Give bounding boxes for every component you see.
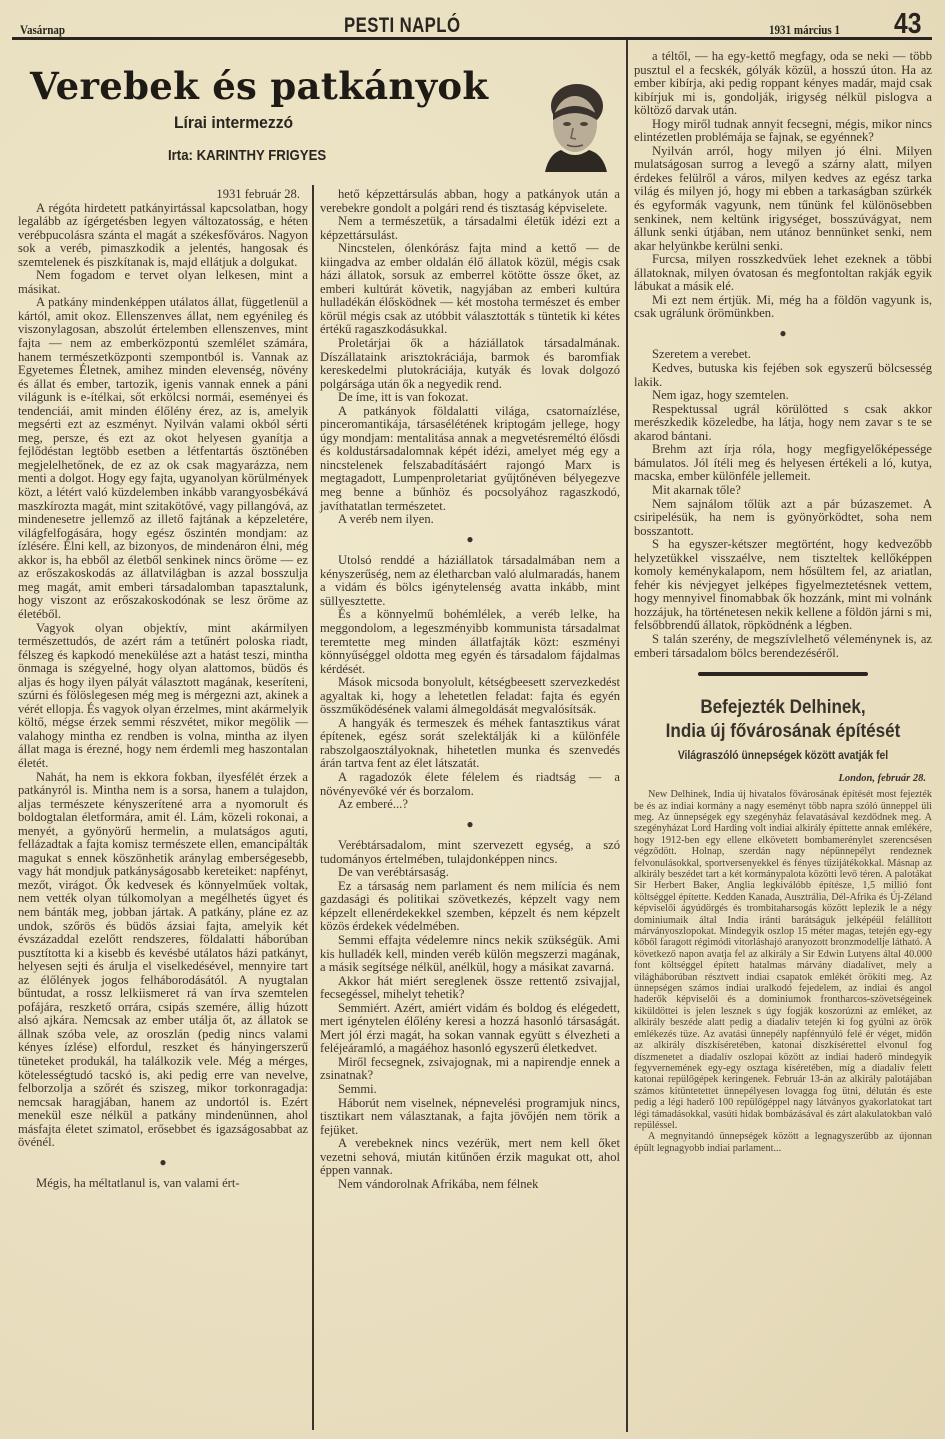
article2-body: New Delhinek, India új hivatalos főváros… (634, 789, 932, 1154)
masthead-title: PESTI NAPLÓ (344, 14, 460, 38)
column-rule-2 (626, 40, 628, 1432)
column-1-paragraphs: A régóta hirdetett patkányirtással kapcs… (18, 202, 308, 1150)
paragraph: Kedves, butuska kis fejében sok egyszerű… (634, 362, 932, 389)
paragraph: a téltől, — ha egy-kettő megfagy, oda se… (634, 50, 932, 118)
article-subtitle: Lírai intermezzó (174, 113, 293, 133)
article2-headline-line1: Befejezték Delhinek, (649, 696, 917, 720)
paragraph: Mások micsoda bonyolult, kétségbeesett s… (320, 676, 620, 717)
article-end-rule (698, 672, 868, 676)
column-2-paragraphs: hető képzettársulás abban, hogy a patkán… (320, 188, 620, 527)
paragraph: A régóta hirdetett patkányirtással kapcs… (18, 202, 308, 270)
column-2-paragraphs-c: Veréb­társadalom, mint szervezett egység… (320, 839, 620, 1191)
article-column-3: a téltől, — ha egy-kettő megfagy, oda se… (634, 50, 932, 1154)
masthead-day: Vasárnap (20, 22, 65, 38)
paragraph: Ez a társaság nem parlament és nem milíc… (320, 880, 620, 934)
paragraph: Nincstelen, ólenkórász fajta mind a kett… (320, 242, 620, 337)
article2: Befejezték Delhinek, India új fővárosána… (634, 696, 932, 1154)
paragraph: Miről fecsegnek, zsivajognak, mi a napir… (320, 1056, 620, 1083)
paragraph: Mi ezt nem értjük. Mi, még ha a földön v… (634, 294, 932, 321)
paragraph: Veréb­társadalom, mint szervezett egység… (320, 839, 620, 866)
paragraph: A hangyák és termeszek és méhek fantaszt… (320, 717, 620, 771)
paragraph: Vagyok olyan objektív, mint akármilyen t… (18, 622, 308, 771)
paragraph: Furcsa, milyen rosszkedvűek lehet ezekne… (634, 253, 932, 294)
paragraph: Nem igaz, hogy szemtelen. (634, 389, 932, 403)
paragraph: Semmiért. Azért, amiért vidám és boldog … (320, 1002, 620, 1056)
article2-dateline: London, február 28. (634, 772, 932, 786)
paragraph: Hogy miről tudnak annyit fecsegni, mégis… (634, 118, 932, 145)
paragraph: A ragadozók élete félelem és riadtság — … (320, 771, 620, 798)
paragraph: A veréb nem ilyen. (320, 513, 620, 527)
paragraph: És a könnyelmű bohémlélek, a veréb lelke… (320, 608, 620, 676)
paragraph: Brehm azt írja róla, hogy megfigyelőképe… (634, 443, 932, 484)
paragraph: Mit akarnak tőle? (634, 484, 932, 498)
paragraph: Akkor hát miért sereglenek össze rettent… (320, 975, 620, 1002)
masthead: Vasárnap PESTI NAPLÓ 1931 március 1 43 (14, 8, 932, 38)
paragraph: hető képzettársulás abban, hogy a patkán… (320, 188, 620, 215)
masthead-rule (12, 37, 932, 40)
column-3-paragraphs-b: Szeretem a verebet.Kedves, butuska kis f… (634, 348, 932, 660)
section-separator: ● (320, 818, 620, 832)
paragraph: A patkányok földalatti világa, csatornaí… (320, 405, 620, 513)
paragraph: A patkány mindenképpen utálatos állat, f… (18, 296, 308, 621)
section-separator: ● (634, 327, 932, 341)
paragraph: Nem sajnálom tőlük azt a pár búzaszemet.… (634, 498, 932, 539)
paragraph: Nem a természetük, a társadalmi életük i… (320, 215, 620, 242)
article-column-1: 1931 február 28. A régóta hirdetett patk… (18, 188, 308, 1191)
paragraph: Respektussal ugrál körülötted s csak akk… (634, 403, 932, 444)
paragraph: A verebeknek nincs vezérük, mert nem kel… (320, 1137, 620, 1178)
masthead-date: 1931 március 1 (769, 22, 840, 38)
article-byline: Irta: KARINTHY FRIGYES (168, 147, 326, 164)
section-separator: ● (18, 1156, 308, 1170)
paragraph: Proletárjai ők a háziállatok társadalmán… (320, 337, 620, 391)
section-separator: ● (320, 533, 620, 547)
paragraph: De íme, itt is van fokozat. (320, 391, 620, 405)
paragraph: S ha egyszer-kétszer megtörtént, hogy ke… (634, 538, 932, 633)
paragraph: Nyilván arról, hogy milyen jó élni. Mily… (634, 145, 932, 253)
paragraph: Nem fogadom e tervet olyan lelkesen, min… (18, 269, 308, 296)
paragraph: Semmi. (320, 1083, 620, 1097)
article-column-2: hető képzettársulás abban, hogy a patkán… (320, 188, 620, 1191)
paragraph: Utolsó renddé a háziállatok társadalmába… (320, 554, 620, 608)
paragraph: Nahát, ha nem is ekkora fokban, ilyesfél… (18, 771, 308, 1150)
paragraph: Nem vándorolnak Afrikába, nem félnek (320, 1178, 620, 1192)
column-2-paragraphs-b: Utolsó renddé a háziállatok társadalmába… (320, 554, 620, 811)
paragraph: Az emberé...? (320, 798, 620, 812)
article-dateline: 1931 február 28. (18, 188, 308, 202)
author-portrait-icon (535, 76, 615, 172)
paragraph: New Delhinek, India új hivatalos főváros… (634, 789, 932, 1131)
paragraph: Szeretem a verebet. (634, 348, 932, 362)
paragraph: S talán szerény, de megszívlelhető vélem… (634, 633, 932, 660)
article2-headline-line2: India új fővárosának építését (649, 720, 917, 744)
paragraph: Semmi effajta védelemre nincs nekik szük… (320, 934, 620, 975)
article-headline: Verebek és patkányok (30, 64, 488, 108)
paragraph: A megnyitandó ünnepségek között a legnag… (634, 1131, 932, 1154)
newspaper-page: Vasárnap PESTI NAPLÓ 1931 március 1 43 V… (0, 0, 945, 1439)
article2-subtitle: Világraszóló ünnepségek között avatják f… (649, 750, 917, 764)
paragraph: De van veréb­társaság. (320, 866, 620, 880)
paragraph: Háborút nem viselnek, népnevelési progra… (320, 1097, 620, 1138)
column-rule-1 (312, 185, 314, 1430)
column-3-paragraphs: a téltől, — ha egy-kettő megfagy, oda se… (634, 50, 932, 321)
column-1-tail: Mégis, ha méltatlanul is, van valami ért… (18, 1177, 308, 1191)
